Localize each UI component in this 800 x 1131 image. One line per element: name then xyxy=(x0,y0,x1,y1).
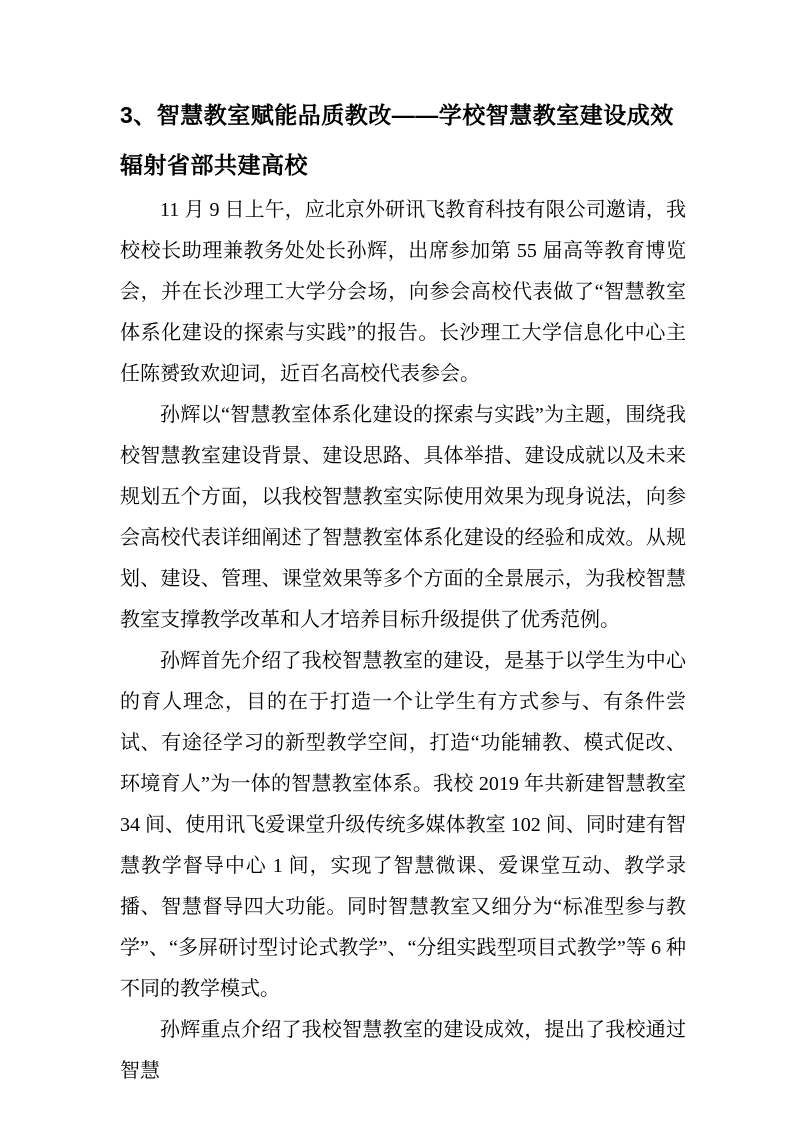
article-heading: 3、智慧教室赋能品质教改——学校智慧教室建设成效辐射省部共建高校 xyxy=(120,90,686,190)
document-page: 3、智慧教室赋能品质教改——学校智慧教室建设成效辐射省部共建高校 11 月 9 … xyxy=(0,0,800,1131)
paragraph: 孙辉以“智慧教室体系化建设的探索与实践”为主题，围绕我校智慧教室建设背景、建设思… xyxy=(120,395,686,641)
paragraph: 孙辉重点介绍了我校智慧教室的建设成效，提出了我校通过智慧 xyxy=(120,1010,686,1092)
article-body: 11 月 9 日上午，应北京外研讯飞教育科技有限公司邀请，我校校长助理兼教务处处… xyxy=(120,190,686,1092)
paragraph: 11 月 9 日上午，应北京外研讯飞教育科技有限公司邀请，我校校长助理兼教务处处… xyxy=(120,190,686,395)
paragraph: 孙辉首先介绍了我校智慧教室的建设，是基于以学生为中心的育人理念，目的在于打造一个… xyxy=(120,641,686,1010)
